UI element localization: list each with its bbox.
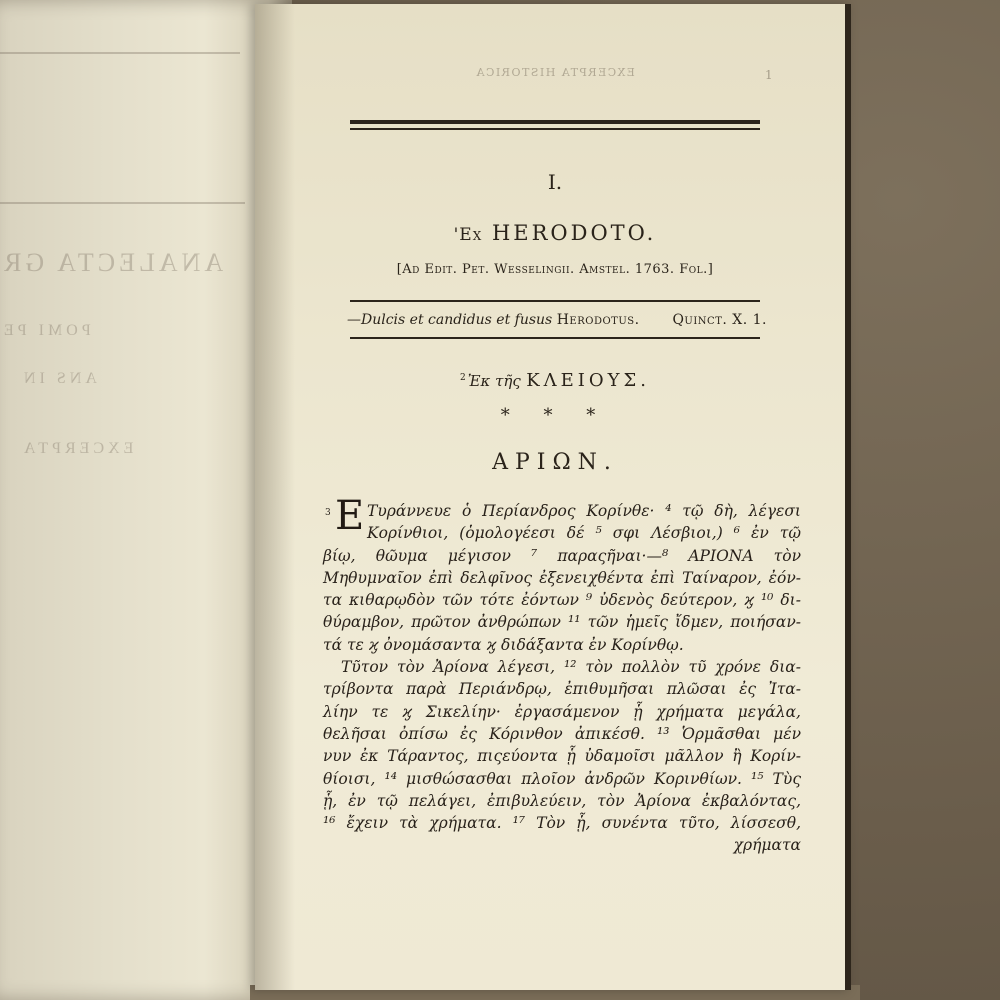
header-thick-rule — [350, 120, 760, 124]
epigraph-quote: —Dulcis et candidus et fusus — [347, 312, 552, 328]
body-line: θελῆσαι ὀπίσω ἐς Κόρινθον ἀπικέσθ. ¹³ Ὁρ… — [323, 723, 801, 745]
body-line: λίην τε ϗ Σικελίην· ἐργασάμενον ᾗ χρήματ… — [323, 701, 801, 723]
show-through-rule — [0, 202, 245, 204]
title-name: HERODOTO. — [492, 221, 656, 245]
body-line: Τυράννευε ὁ Περίανδρος Κορίνθε· ⁴ τῷ δὴ,… — [323, 500, 801, 522]
footnote-marker: 2 — [460, 373, 466, 383]
asterism-divider: * * * — [335, 405, 775, 426]
book-heading: 2Ἐκ τῆς ΚΛΕΙΟΥΣ. — [335, 370, 775, 391]
right-page: EXCERPTA HISTORICA 1 I. 'Ex HERODOTO. [A… — [255, 4, 851, 990]
page-number: 1 — [765, 68, 773, 82]
body-line: τα κιθαρῳδὸν τῶν τότε ἐόντων ⁹ ὐδενὸς δε… — [323, 589, 801, 611]
body-line: τρίβοντα παρὰ Περιάνδρῳ, ἐπιθυμῆσαι πλῶσ… — [323, 678, 801, 700]
epigraph: —Dulcis et candidus et fusus Herodotus. … — [347, 312, 767, 328]
epigraph-bottom-rule — [350, 337, 760, 339]
show-through-rule — [0, 52, 240, 54]
body-line: ᾗ, ἐν τῷ πελάγει, ἐπιβυλεύειν, τὸν Ἀρίον… — [323, 790, 801, 812]
edition-note: [Ad Edit. Pet. Wesselingii. Amstel. 1763… — [335, 262, 775, 277]
epigraph-author: Herodotus. — [557, 312, 640, 328]
gutter-shadow — [255, 4, 295, 990]
book-heading-name: ΚΛΕΙΟΥΣ. — [526, 370, 650, 391]
running-head-show-through: EXCERPTA HISTORICA — [475, 66, 635, 79]
body-line: τά τε ϗ ὀνομάσαντα ϗ διδάξαντα ἐν Κορίνθ… — [323, 634, 801, 656]
section-title: ΑΡΙΩΝ. — [335, 450, 775, 475]
epigraph-quote-line: —Dulcis et candidus et fusus Herodotus. — [347, 312, 640, 328]
body-line: ¹⁶ ἔχειν τὰ χρήματα. ¹⁷ Τὸν ᾗ, συνέντα τ… — [323, 812, 801, 834]
body-line: Μηθυμναῖον ἐπὶ δελφῖνος ἐξενειχθέντα ἐπὶ… — [323, 567, 801, 589]
book-photo: ANALECTA GR POMI PE ANS IN EXCERPTA EXCE… — [0, 0, 1000, 1000]
left-page: ANALECTA GR POMI PE ANS IN EXCERPTA — [0, 0, 292, 1000]
show-through-text: POMI PE — [0, 322, 91, 340]
drop-cap-footnote: 3 — [325, 502, 331, 524]
body-line: Τῦτον τὸν Ἀρίονα λέγεσι, ¹² τὸν πολλὸν τ… — [323, 656, 801, 678]
body-line: θίοισι, ¹⁴ μισθώσασθαι πλοῖον ἀνδρῶν Κορ… — [323, 768, 801, 790]
body-line: θύραμβον, πρῶτον ἀνθρώπων ¹¹ τῶν ἡμεῖς ἴ… — [323, 611, 801, 633]
body-text: 3 Ε Τυράννευε ὁ Περίανδρος Κορίνθε· ⁴ τῷ… — [323, 500, 801, 857]
book-heading-prefix: Ἐκ τῆς — [468, 372, 521, 390]
show-through-text: ANALECTA GR — [0, 248, 223, 278]
show-through-text: EXCERPTA — [20, 440, 133, 458]
section-number: I. — [335, 170, 775, 194]
page-title: 'Ex HERODOTO. — [335, 221, 775, 245]
body-line: Κορίνθιοι, (ὁμολογέεσι δέ ⁵ σφι Λέσβιοι,… — [323, 522, 801, 544]
body-line: βίῳ, θῶυμα μέγισον ⁷ παραςῆναι·—⁸ ΑΡΙΟΝΑ… — [323, 545, 801, 567]
header-thin-rule — [350, 128, 760, 130]
drop-cap: Ε — [335, 496, 364, 536]
body-line: νυν ἐκ Τάραντος, πιςεύοντα ᾗ ὐδαμοῖσι μᾶ… — [323, 745, 801, 767]
show-through-text: ANS IN — [20, 370, 97, 388]
title-prefix: 'Ex — [454, 225, 483, 245]
epigraph-top-rule — [350, 300, 760, 302]
catchword: χρήματα — [323, 834, 801, 856]
epigraph-citation: Quinct. X. 1. — [672, 312, 767, 328]
